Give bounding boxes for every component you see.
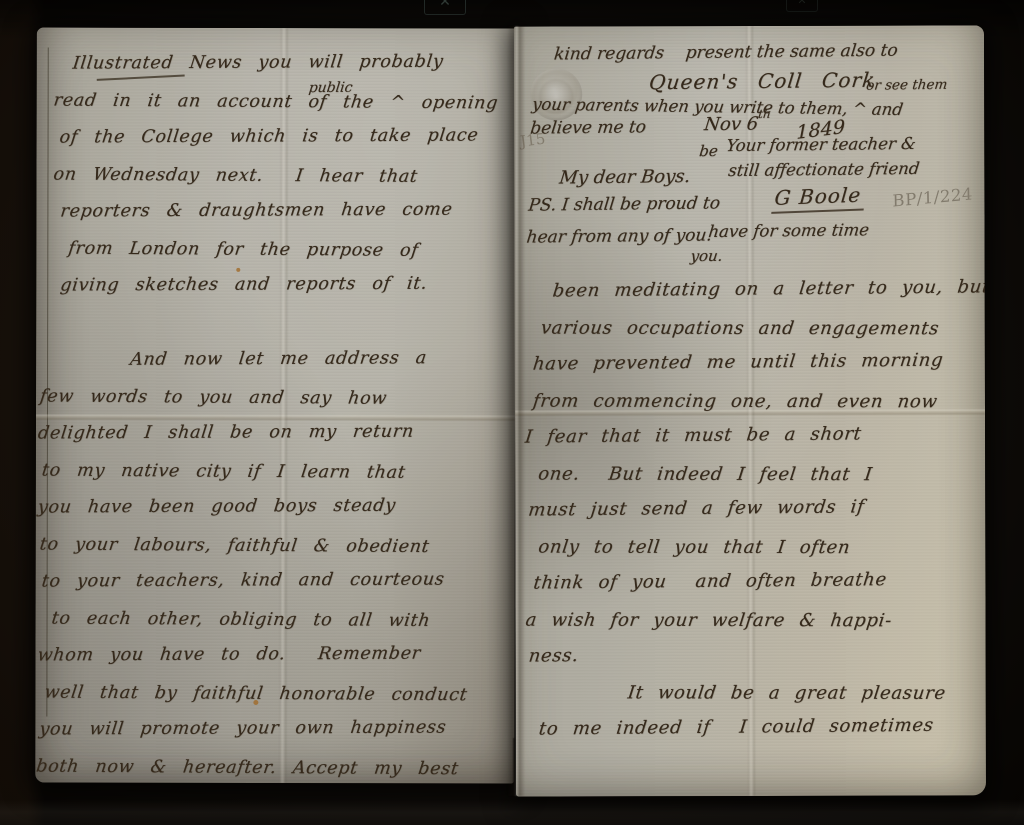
handwritten-line: reporters & draughtsmen have come: [58, 191, 514, 230]
handwritten-line: to me indeed if I could sometimes: [537, 707, 984, 748]
signature: G Boole: [771, 182, 866, 213]
handwritten-line: to each other, obliging to all with: [49, 601, 513, 641]
handwritten-line: It would be a great pleasure: [625, 675, 983, 712]
postscript-line: hear from any of you.: [525, 225, 712, 247]
crop-mark-icon: ✕: [424, 0, 466, 15]
handwritten-line: giving sketches and reports of it.: [58, 265, 514, 304]
inserted-phrase: or see them: [865, 77, 948, 94]
handwritten-text-left: Illustrated News you will probablyread i…: [35, 45, 512, 783]
handwritten-line: must just send a few words if: [526, 488, 983, 529]
postscript-word: you.: [690, 247, 724, 265]
handwritten-line: And now let me address a: [128, 340, 514, 379]
handwritten-line: [35, 305, 513, 345]
place-line: Queen's Coll Cork: [648, 68, 877, 95]
fold-tear: [513, 738, 515, 796]
handwritten-line: a wish for your welfare & happi-: [523, 602, 983, 639]
closing-word: be: [698, 142, 719, 160]
handwritten-line: Illustrated News you will probably: [71, 43, 515, 82]
salutation: My dear Boys.: [558, 166, 691, 188]
handwritten-line: have prevented me until this morning: [531, 342, 983, 383]
letter-page-right: kind regards present the same also to Qu…: [514, 25, 986, 796]
inserted-word-public: public: [308, 80, 354, 96]
handwritten-line: few words to you and say how: [38, 379, 514, 419]
handwritten-line: of the College which is to take place: [57, 117, 514, 156]
handwritten-line: I fear that it must be a short: [523, 415, 984, 456]
archive-reference: BP/1/224: [892, 184, 973, 210]
x-mark-icon: ✕: [797, 0, 806, 6]
handwritten-line: to my native city if I learn that: [39, 453, 513, 493]
pencil-note: J15: [519, 130, 546, 151]
handwritten-line: from commencing one, and even now: [531, 383, 983, 420]
handwritten-line: to your labours, faithful & obedient: [37, 527, 513, 567]
handwritten-line: ness.: [527, 634, 984, 675]
handwritten-line: think of you and often breathe: [531, 561, 983, 602]
x-mark-icon: ✕: [439, 0, 451, 9]
handwritten-line: one. But indeed I feel that I: [536, 456, 983, 493]
handwritten-line: read in it an account of the ^ opening: [51, 83, 514, 123]
postscript-line: PS. I shall be proud to: [527, 193, 721, 215]
closing-line: kind regards present the same also to: [553, 41, 899, 65]
handwritten-line: well that by faithful honorable conduct: [42, 675, 513, 715]
handwritten-line: you will promote your own happiness: [37, 709, 513, 748]
handwritten-line: various occupations and engagements: [539, 310, 983, 347]
scanned-letter-photograph: ✕ ✕ Illustrated News you will probablyre…: [0, 0, 1024, 825]
date-day: Nov 6: [703, 114, 759, 136]
handwritten-text-right: been meditating on a letter to you, butv…: [515, 272, 982, 748]
handwritten-line: whom you have to do. Remember: [35, 635, 513, 674]
handwritten-line: delighted I shall be on my return: [36, 413, 514, 452]
letter-sheet: Illustrated News you will probablyread i…: [36, 26, 985, 796]
handwritten-line: on Wednesday next. I hear that: [51, 157, 514, 197]
handwritten-line: only to tell you that I often: [536, 529, 983, 566]
closing-line: still affectionate friend: [727, 159, 920, 180]
body-start-line: have for some time: [707, 220, 870, 241]
letter-page-left: Illustrated News you will probablyread i…: [35, 27, 516, 783]
handwritten-line: you have been good boys steady: [36, 487, 514, 526]
closing-line: Your former teacher &: [725, 134, 917, 155]
handwritten-line: been meditating on a letter to you, but: [551, 269, 983, 310]
crop-mark-icon: ✕: [786, 0, 818, 12]
handwritten-line: from London for the purpose of: [66, 231, 514, 271]
date-ordinal-suffix: th: [757, 107, 771, 121]
handwritten-line: both now & hereafter. Accept my best: [35, 749, 512, 784]
handwritten-line: to your teachers, kind and courteous: [39, 561, 513, 600]
closing-line: believe me to: [529, 117, 647, 138]
